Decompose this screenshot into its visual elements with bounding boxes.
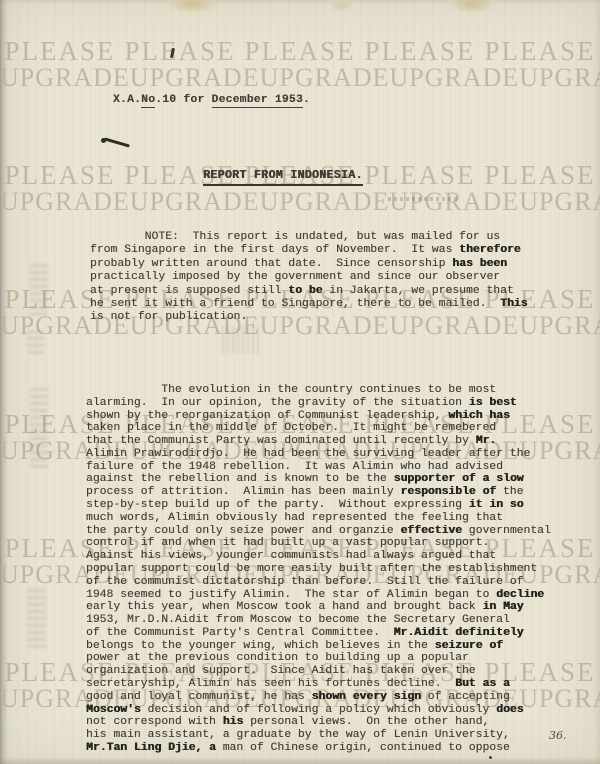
text-line: failure of the 1948 rebellion. It was Al… xyxy=(86,461,551,474)
watermark-text: UPGRADE xyxy=(519,187,600,217)
text-line: from Singapore in the first days of Nove… xyxy=(90,244,527,257)
ink-dot xyxy=(489,756,492,759)
stray-ink-tick xyxy=(170,48,175,58)
note-paragraph: NOTE: This report is undated, but was ma… xyxy=(90,231,527,325)
bleedthrough-marks xyxy=(28,586,46,648)
document-title: REPORT FROM INDONESIA. xyxy=(203,169,363,186)
text-line: Against his views, younger communists ha… xyxy=(86,550,551,563)
text-line: popular support could be more easily bui… xyxy=(86,563,551,576)
text-line: power at the previous condition to build… xyxy=(86,652,551,665)
text-line: belongs to the younger wing, which belie… xyxy=(86,640,551,653)
text-line: control if and when it had built up a va… xyxy=(86,537,551,550)
text-line: at present is supposed still to be in Ja… xyxy=(90,285,527,298)
text-line: his main assistant, a graduate by the wa… xyxy=(86,729,551,742)
scan-edge-left xyxy=(0,0,8,764)
text-line: The evolution in the country continues t… xyxy=(86,384,551,397)
text-line: organization and support. Since Aidit ha… xyxy=(86,665,551,678)
document-page: PLEASEPLEASEPLEASEPLEASEPLEASEUPGRADEUPG… xyxy=(0,0,600,764)
watermark-text: UPGRADE xyxy=(0,187,130,217)
bleedthrough-marks xyxy=(30,386,48,468)
grey-smudge xyxy=(222,326,260,354)
watermark-text: UPGRADE xyxy=(519,311,600,341)
document-ref-number: X.A.No.10 for December 1953. xyxy=(113,94,310,106)
paper-stain xyxy=(330,1,354,11)
watermark-text: PLEASE xyxy=(120,36,240,67)
text-line: the party could only seize power and org… xyxy=(86,525,551,538)
text-line: process of attrition. Alimin has been ma… xyxy=(86,486,551,499)
watermark-tile: PLEASEPLEASEPLEASEPLEASEPLEASEUPGRADEUPG… xyxy=(0,36,600,93)
text-line: much words, Alimin obviously had represe… xyxy=(86,512,551,525)
watermark-text: UPGRADE xyxy=(0,63,130,93)
watermark-text: PLEASE xyxy=(0,36,120,67)
bleedthrough-marks xyxy=(30,262,48,316)
watermark-text: PLEASE xyxy=(360,160,480,191)
text-line: probably written around that date. Since… xyxy=(90,258,527,271)
text-line: Alimin Prawirodirdjo. He had been the su… xyxy=(86,448,551,461)
text-line: early this year, when Moscow took a hand… xyxy=(86,601,551,614)
text-line: alarming. In our opinion, the gravity of… xyxy=(86,397,551,410)
paper-stain xyxy=(166,0,218,13)
text-line: taken place in the middle of October. It… xyxy=(86,422,551,435)
text-line: not correspond with his personal views. … xyxy=(86,716,551,729)
watermark-text: UPGRADE xyxy=(130,187,260,217)
text-line: 1953, Mr.D.N.Aidit from Moscow to become… xyxy=(86,614,551,627)
text-line: 1948 seemed to justify Alimin. The star … xyxy=(86,589,551,602)
watermark-text: PLEASE xyxy=(0,160,120,191)
text-line: that the Communist Party was dominated u… xyxy=(86,435,551,448)
scan-edge-right xyxy=(595,0,600,764)
text-line: shown by the reorganization of Communist… xyxy=(86,410,551,423)
watermark-text: PLEASE xyxy=(480,160,600,191)
watermark-text: PLEASE xyxy=(360,36,480,67)
page-number: 36. xyxy=(549,729,567,742)
text-line: practically imposed by the government an… xyxy=(90,271,527,284)
scan-edge-top xyxy=(0,0,600,5)
text-line: Mr.Tan Ling Djie, a man of Chinese origi… xyxy=(86,742,551,755)
watermark-text: UPGRADE xyxy=(389,63,519,93)
scan-edge-bottom xyxy=(0,757,600,764)
text-line: of the Communist Party's Central Committ… xyxy=(86,627,551,640)
watermark-text: PLEASE xyxy=(480,36,600,67)
watermark-text: UPGRADE xyxy=(260,187,390,217)
text-line: of the communist dictatorship than befor… xyxy=(86,576,551,589)
watermark-text: UPGRADE xyxy=(519,63,600,93)
text-line: he sent it with a friend to Singapore, t… xyxy=(90,298,527,311)
text-line: is not for publication. xyxy=(90,311,527,324)
ink-scratch-dot xyxy=(101,138,106,143)
watermark-text: UPGRADE xyxy=(389,187,519,217)
text-line: step-by-step build up of the party. With… xyxy=(86,499,551,512)
text-line: NOTE: This report is undated, but was ma… xyxy=(90,231,527,244)
text-line: against the rebellion and is known to be… xyxy=(86,473,551,486)
text-line: Moscow's decision and of following a pol… xyxy=(86,704,551,717)
ink-scratch-mark xyxy=(104,137,130,147)
paper-stain xyxy=(450,0,494,14)
watermark-text: UPGRADE xyxy=(130,63,260,93)
dotted-smudge xyxy=(388,197,460,201)
watermark-text: PLEASE xyxy=(240,36,360,67)
bleedthrough-marks xyxy=(28,330,44,354)
text-line: secretaryship, Alimin has seen his fortu… xyxy=(86,678,551,691)
body-paragraph: The evolution in the country continues t… xyxy=(86,384,551,755)
text-line: good and loyal communist, he has shown e… xyxy=(86,691,551,704)
watermark-text: UPGRADE xyxy=(260,63,390,93)
